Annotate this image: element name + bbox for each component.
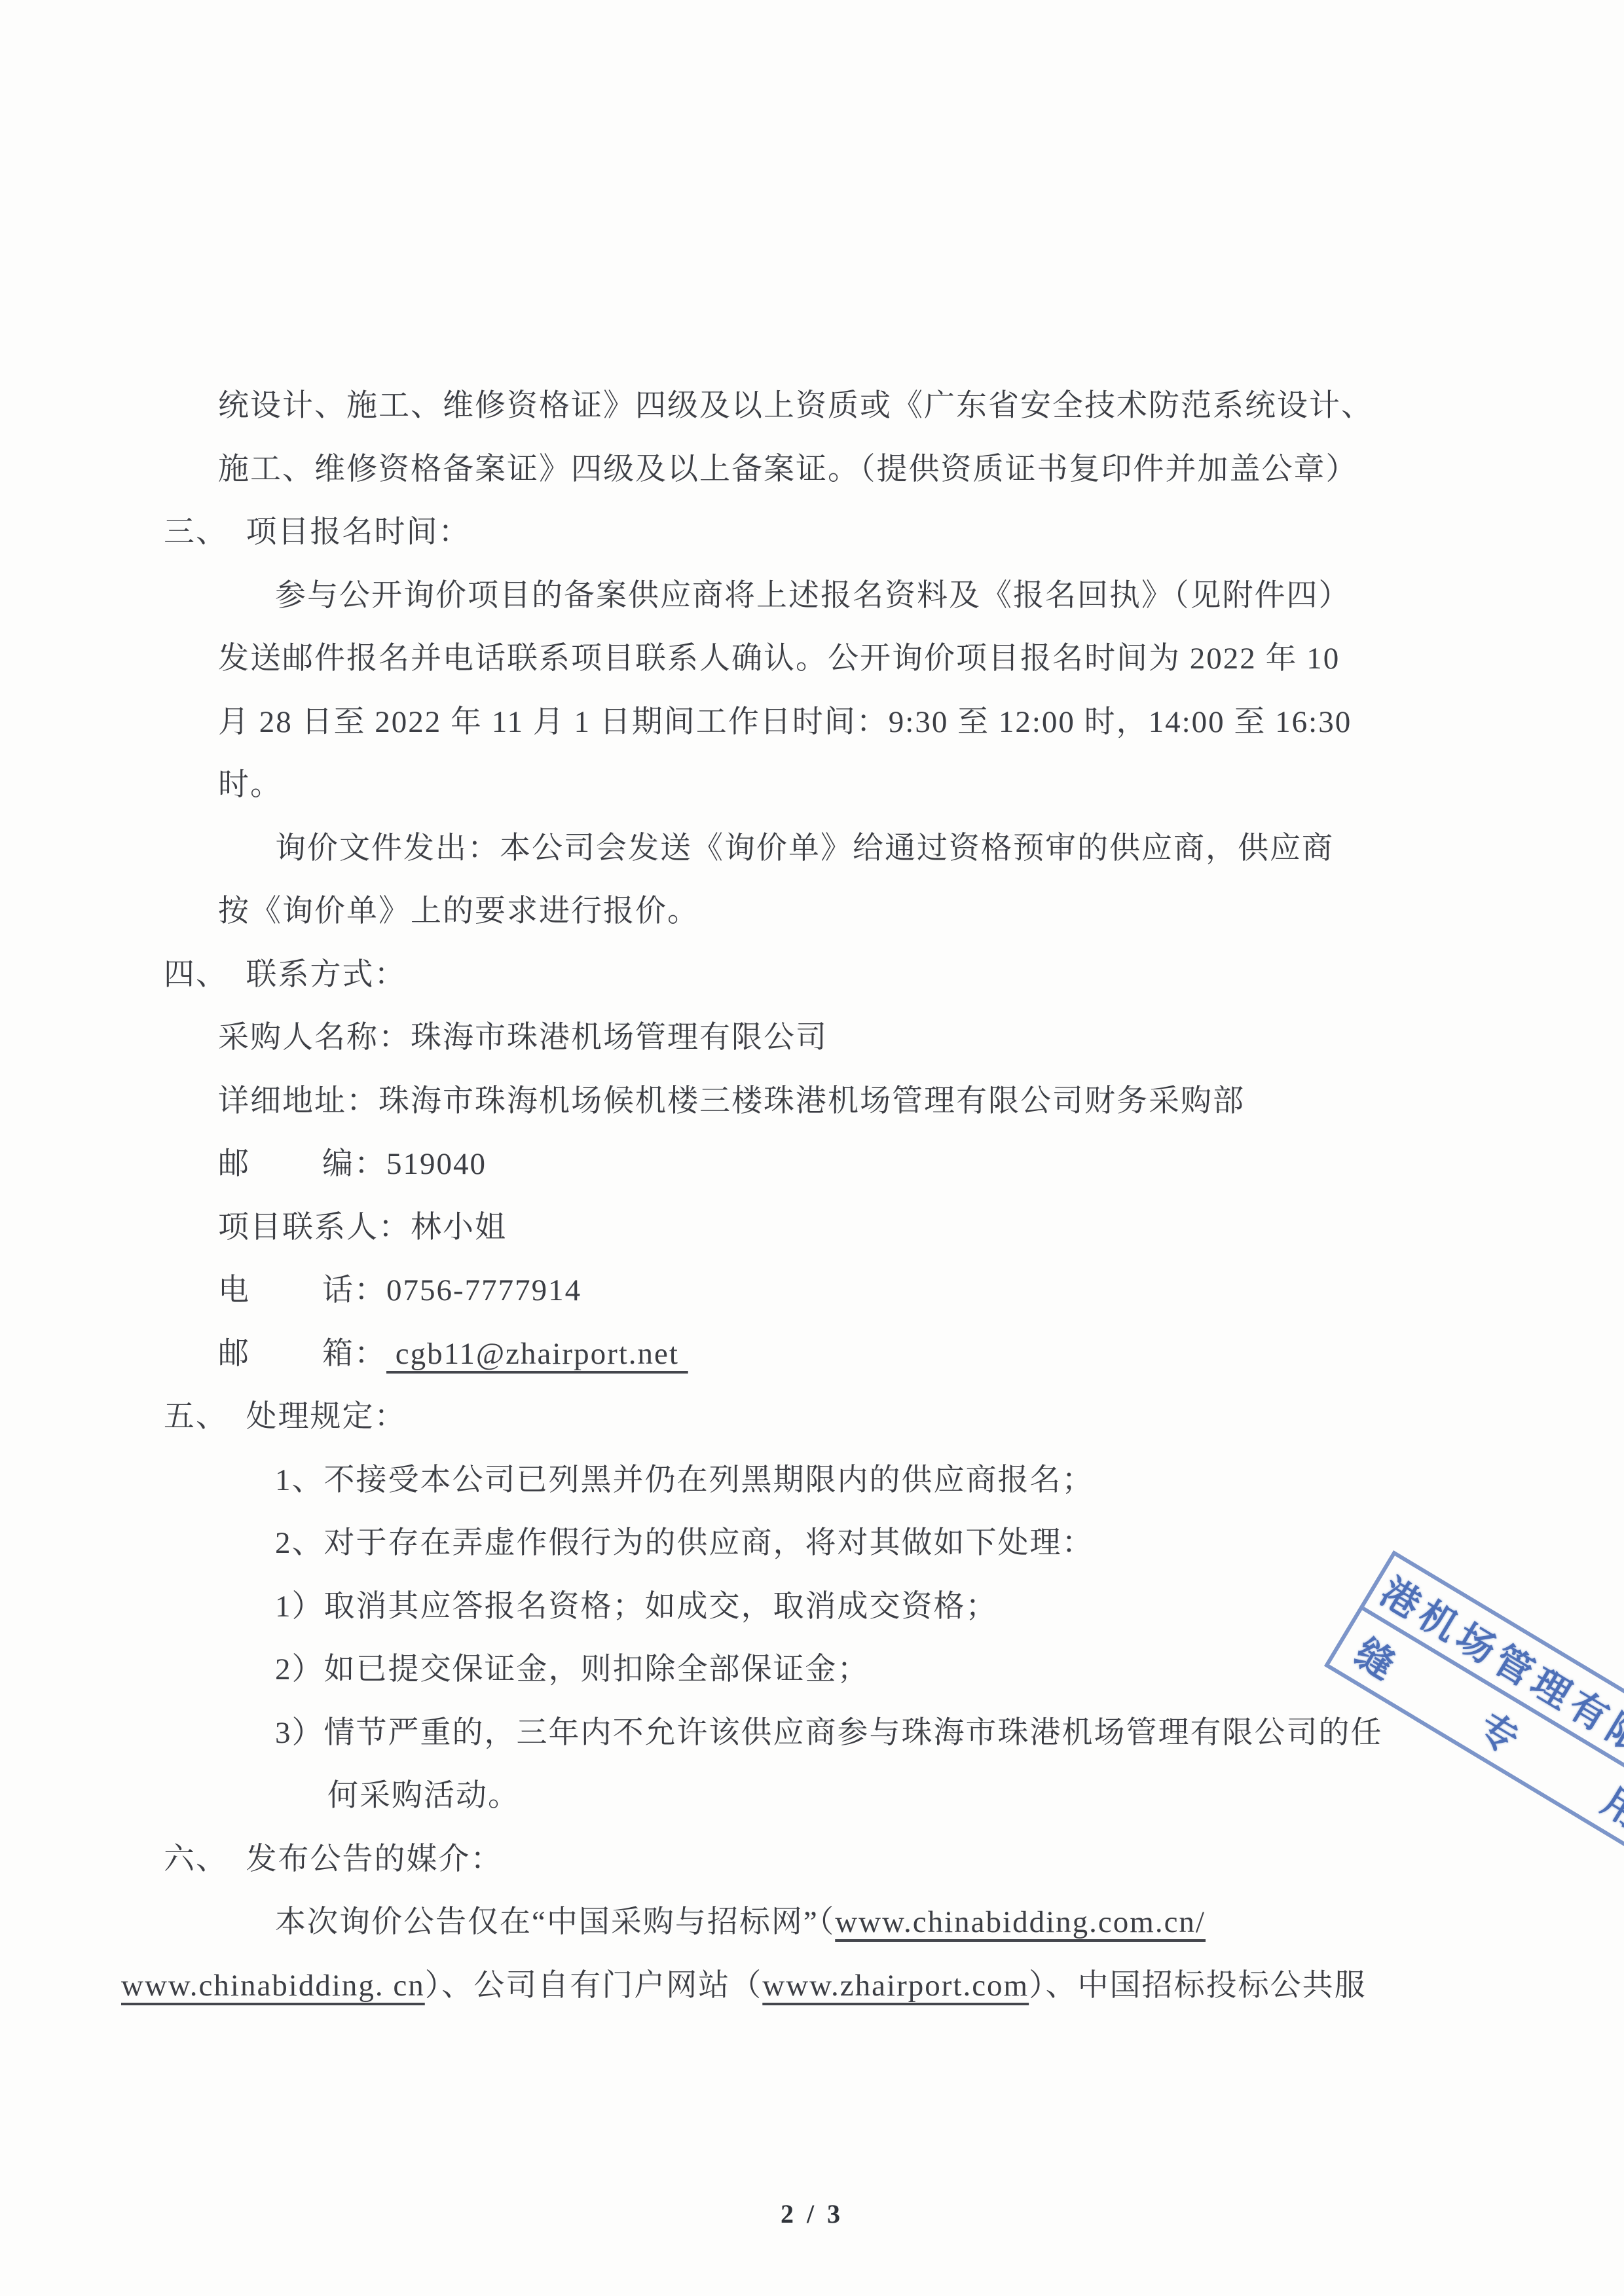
text-segment: 三、 项目报名时间： <box>164 515 471 549</box>
scanned-document-page: 统设计、施工、维修资格证》四级及以上资质或《广东省安全技术防范系统设计、施工、维… <box>0 0 1624 2296</box>
underlined-text: www.zhairport.com <box>762 1969 1029 2003</box>
doc-line: 电 话：0756-7777914 <box>0 1259 1624 1322</box>
doc-line: www.chinabidding. cn）、公司自有门户网站（www.zhair… <box>0 1954 1624 2018</box>
doc-line: 三、 项目报名时间： <box>0 501 1624 564</box>
page-number: 2 / 3 <box>0 2198 1624 2229</box>
doc-line: 施工、维修资格备案证》四级及以上备案证。（提供资质证书复印件并加盖公章） <box>0 438 1624 501</box>
text-segment: 六、 发布公告的媒介： <box>164 1842 503 1876</box>
text-segment: 何采购活动。 <box>327 1779 520 1813</box>
text-segment: ）、公司自有门户网站（ <box>425 1969 763 2003</box>
doc-line: 1、不接受本公司已列黑并仍在列黑期限内的供应商报名； <box>0 1449 1624 1512</box>
text-segment: 统设计、施工、维修资格证》四级及以上资质或《广东省安全技术防范系统设计、 <box>218 389 1373 423</box>
doc-line: 3）情节严重的，三年内不允许该供应商参与珠海市珠港机场管理有限公司的任 <box>0 1702 1624 1765</box>
text-segment: 电 话：0756-7777914 <box>218 1273 581 1307</box>
text-segment: 施工、维修资格备案证》四级及以上备案证。（提供资质证书复印件并加盖公章） <box>218 452 1358 486</box>
text-segment: 本次询价公告仅在“中国采购与招标网”（ <box>275 1905 835 1939</box>
doc-line: 五、 处理规定： <box>0 1385 1624 1449</box>
doc-line: 六、 发布公告的媒介： <box>0 1828 1624 1891</box>
doc-line: 采购人名称：珠海市珠港机场管理有限公司 <box>0 1006 1624 1070</box>
text-segment: 详细地址：珠海市珠海机场候机楼三楼珠港机场管理有限公司财务采购部 <box>218 1084 1245 1118</box>
doc-line: 项目联系人：林小姐 <box>0 1196 1624 1260</box>
text-segment: ）、中国招标投标公共服 <box>1029 1969 1367 2003</box>
text-segment: 2）如已提交保证金，则扣除全部保证金； <box>275 1652 870 1686</box>
text-segment: 1）取消其应答报名资格；如成交，取消成交资格； <box>275 1590 998 1624</box>
text-segment: 五、 处理规定： <box>164 1400 407 1434</box>
doc-line: 询价文件发出：本公司会发送《询价单》给通过资格预审的供应商，供应商 <box>0 817 1624 881</box>
text-segment: 按《询价单》上的要求进行报价。 <box>218 894 699 928</box>
doc-line: 2、对于存在弄虚作假行为的供应商，将对其做如下处理： <box>0 1512 1624 1575</box>
doc-line: 四、 联系方式： <box>0 943 1624 1007</box>
text-segment: 3）情节严重的，三年内不允许该供应商参与珠海市珠港机场管理有限公司的任 <box>275 1716 1383 1750</box>
underlined-text: www.chinabidding.com.cn/ <box>835 1905 1206 1939</box>
doc-line: 时。 <box>0 754 1624 817</box>
text-segment: 项目联系人：林小姐 <box>218 1211 507 1245</box>
text-segment: 月 28 日至 2022 年 11 月 1 日期间工作日时间：9:30 至 12… <box>218 705 1352 739</box>
text-segment: 邮 箱： <box>218 1337 386 1371</box>
text-segment: 采购人名称：珠海市珠港机场管理有限公司 <box>218 1021 828 1055</box>
underlined-text: www.chinabidding. cn <box>121 1969 425 2003</box>
doc-line: 邮 编：519040 <box>0 1133 1624 1196</box>
doc-line: 邮 箱： cgb11@zhairport.net <box>0 1322 1624 1386</box>
doc-line: 月 28 日至 2022 年 11 月 1 日期间工作日时间：9:30 至 12… <box>0 691 1624 754</box>
doc-line: 发送邮件报名并电话联系项目联系人确认。公开询价项目报名时间为 2022 年 10 <box>0 627 1624 691</box>
doc-line: 参与公开询价项目的备案供应商将上述报名资料及《报名回执》（见附件四） <box>0 564 1624 628</box>
text-segment: 四、 联系方式： <box>164 958 407 992</box>
doc-line: 按《询价单》上的要求进行报价。 <box>0 880 1624 943</box>
text-segment: 2、对于存在弄虚作假行为的供应商，将对其做如下处理： <box>275 1526 1094 1560</box>
doc-line: 统设计、施工、维修资格证》四级及以上资质或《广东省安全技术防范系统设计、 <box>0 374 1624 438</box>
doc-line: 详细地址：珠海市珠海机场候机楼三楼珠港机场管理有限公司财务采购部 <box>0 1070 1624 1133</box>
text-segment: 参与公开询价项目的备案供应商将上述报名资料及《报名回执》（见附件四） <box>275 579 1351 613</box>
text-segment: 发送邮件报名并电话联系项目联系人确认。公开询价项目报名时间为 2022 年 10 <box>218 642 1340 676</box>
doc-line: 本次询价公告仅在“中国采购与招标网”（www.chinabidding.com.… <box>0 1891 1624 1954</box>
text-segment: 1、不接受本公司已列黑并仍在列黑期限内的供应商报名； <box>275 1463 1094 1497</box>
document-text-body: 统设计、施工、维修资格证》四级及以上资质或《广东省安全技术防范系统设计、施工、维… <box>0 374 1624 2017</box>
text-segment: 邮 编：519040 <box>218 1147 487 1181</box>
doc-line: 何采购活动。 <box>0 1764 1624 1828</box>
text-segment: 询价文件发出：本公司会发送《询价单》给通过资格预审的供应商，供应商 <box>275 831 1334 866</box>
underlined-text: cgb11@zhairport.net <box>386 1337 688 1371</box>
text-segment: 时。 <box>218 768 282 802</box>
